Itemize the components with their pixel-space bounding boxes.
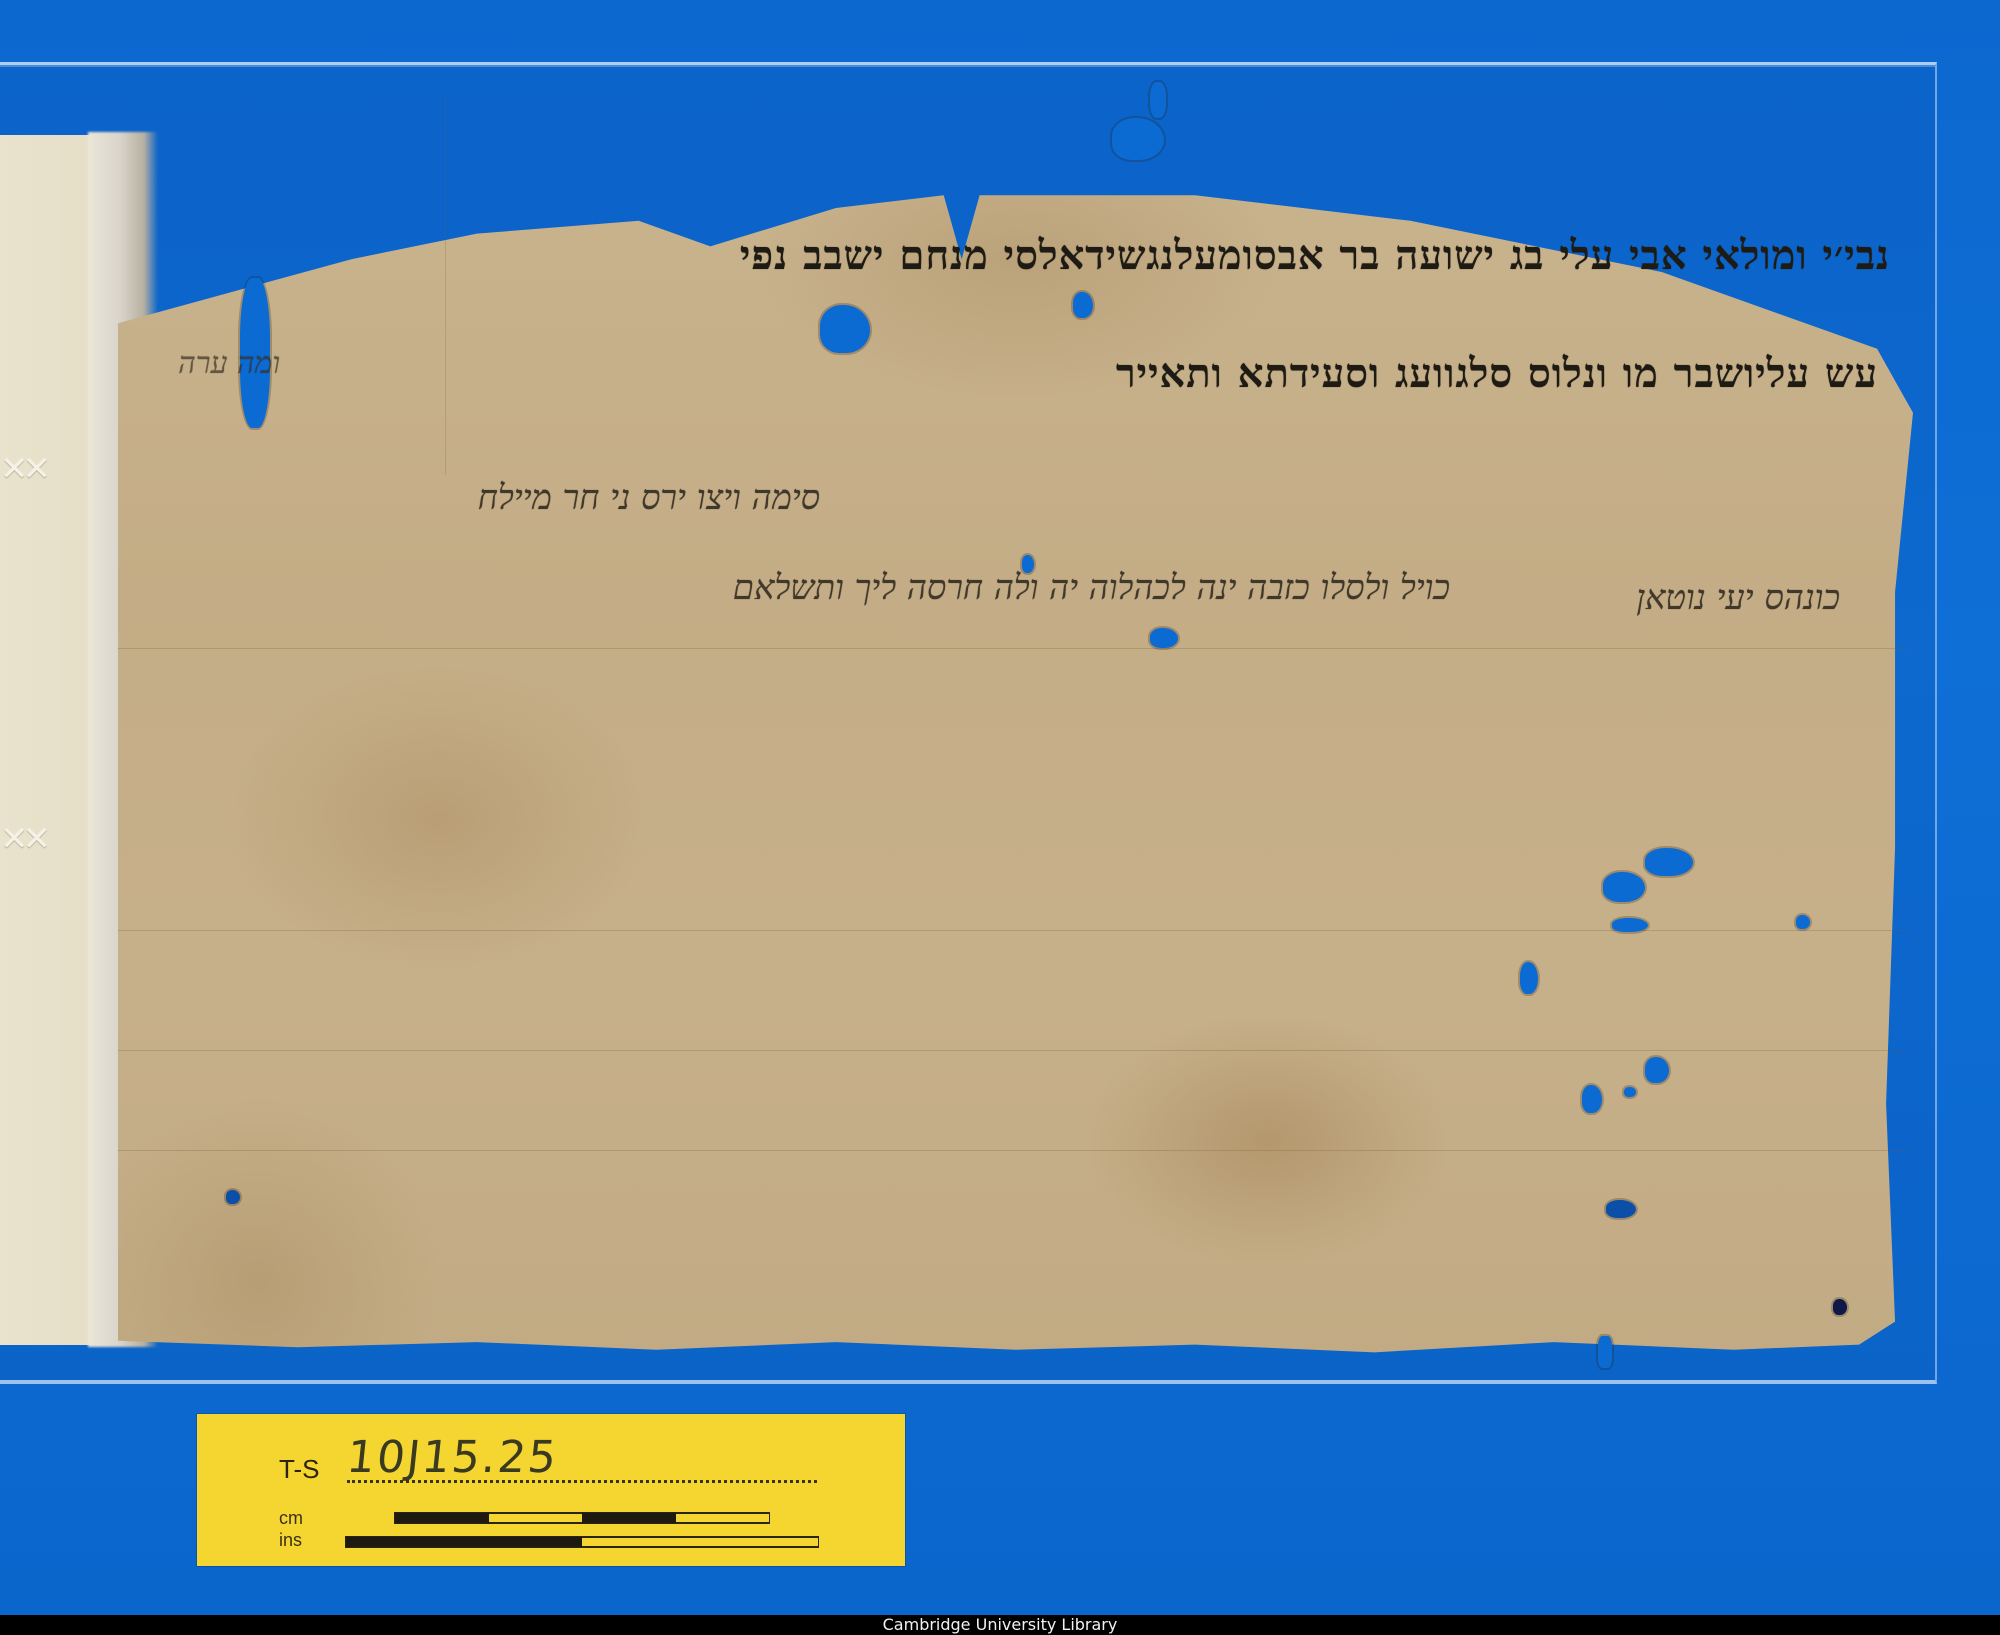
paper-loss-hole <box>1612 918 1648 932</box>
emboss-mark-icon: ✕✕ <box>0 825 60 853</box>
paper-loss-hole <box>1150 628 1178 648</box>
paper-loss-hole <box>1073 292 1093 318</box>
paper-loss-hole <box>820 305 870 353</box>
fold-line <box>118 1050 1908 1051</box>
dotted-line <box>347 1480 817 1483</box>
cm-scale-bar <box>394 1512 770 1524</box>
manuscript-line-4: כויל ולסלו כזבה ינה לכהלוה יה ולה חרסה ל… <box>733 568 1450 608</box>
paper-loss-hole <box>1112 118 1164 160</box>
paper-loss-hole <box>1645 848 1693 876</box>
credit-footer: Cambridge University Library <box>0 1615 2000 1635</box>
paper-loss-hole <box>226 1190 240 1204</box>
manuscript-line-1: נבי׳י ומולאי אבי עלי בג ישועה בר אבסומעל… <box>740 232 1890 279</box>
ink-blot <box>1833 1299 1847 1315</box>
paper-loss-hole <box>1582 1085 1602 1113</box>
paper-loss-hole <box>1606 1200 1636 1218</box>
manuscript-marginal-note: ומה ערה <box>178 346 280 381</box>
fold-line <box>118 1150 1908 1151</box>
manuscript-line-2: עש עליושבר מו ונלוס סלגוועג וסעידתא ותאי… <box>1116 350 1878 397</box>
paper-loss-hole <box>1796 915 1810 929</box>
paper-loss-hole <box>1150 82 1166 118</box>
paper-loss-hole <box>1603 872 1645 902</box>
fold-line <box>118 648 1908 649</box>
manuscript-line-3: סימה ויצו ירס ני חר מיילח <box>478 478 820 518</box>
paper-loss-hole <box>1624 1087 1636 1097</box>
paper-loss-hole <box>1520 962 1538 994</box>
manuscript-line-5: כונהס יעי נוטאן <box>1636 578 1840 618</box>
paper-loss-hole <box>1645 1057 1669 1083</box>
scale-cm-label: cm <box>279 1508 303 1529</box>
paper-loss-hole <box>1598 1336 1612 1368</box>
inch-scale-bar <box>345 1536 819 1548</box>
collection-prefix: T-S <box>279 1454 319 1485</box>
emboss-mark-icon: ✕✕ <box>0 455 60 483</box>
shelfmark-number: 10J15.25 <box>344 1432 560 1483</box>
shelfmark-label: T-S 10J15.25 cm ins <box>197 1414 905 1566</box>
scale-ins-label: ins <box>279 1530 302 1551</box>
vertical-crease <box>445 95 446 475</box>
